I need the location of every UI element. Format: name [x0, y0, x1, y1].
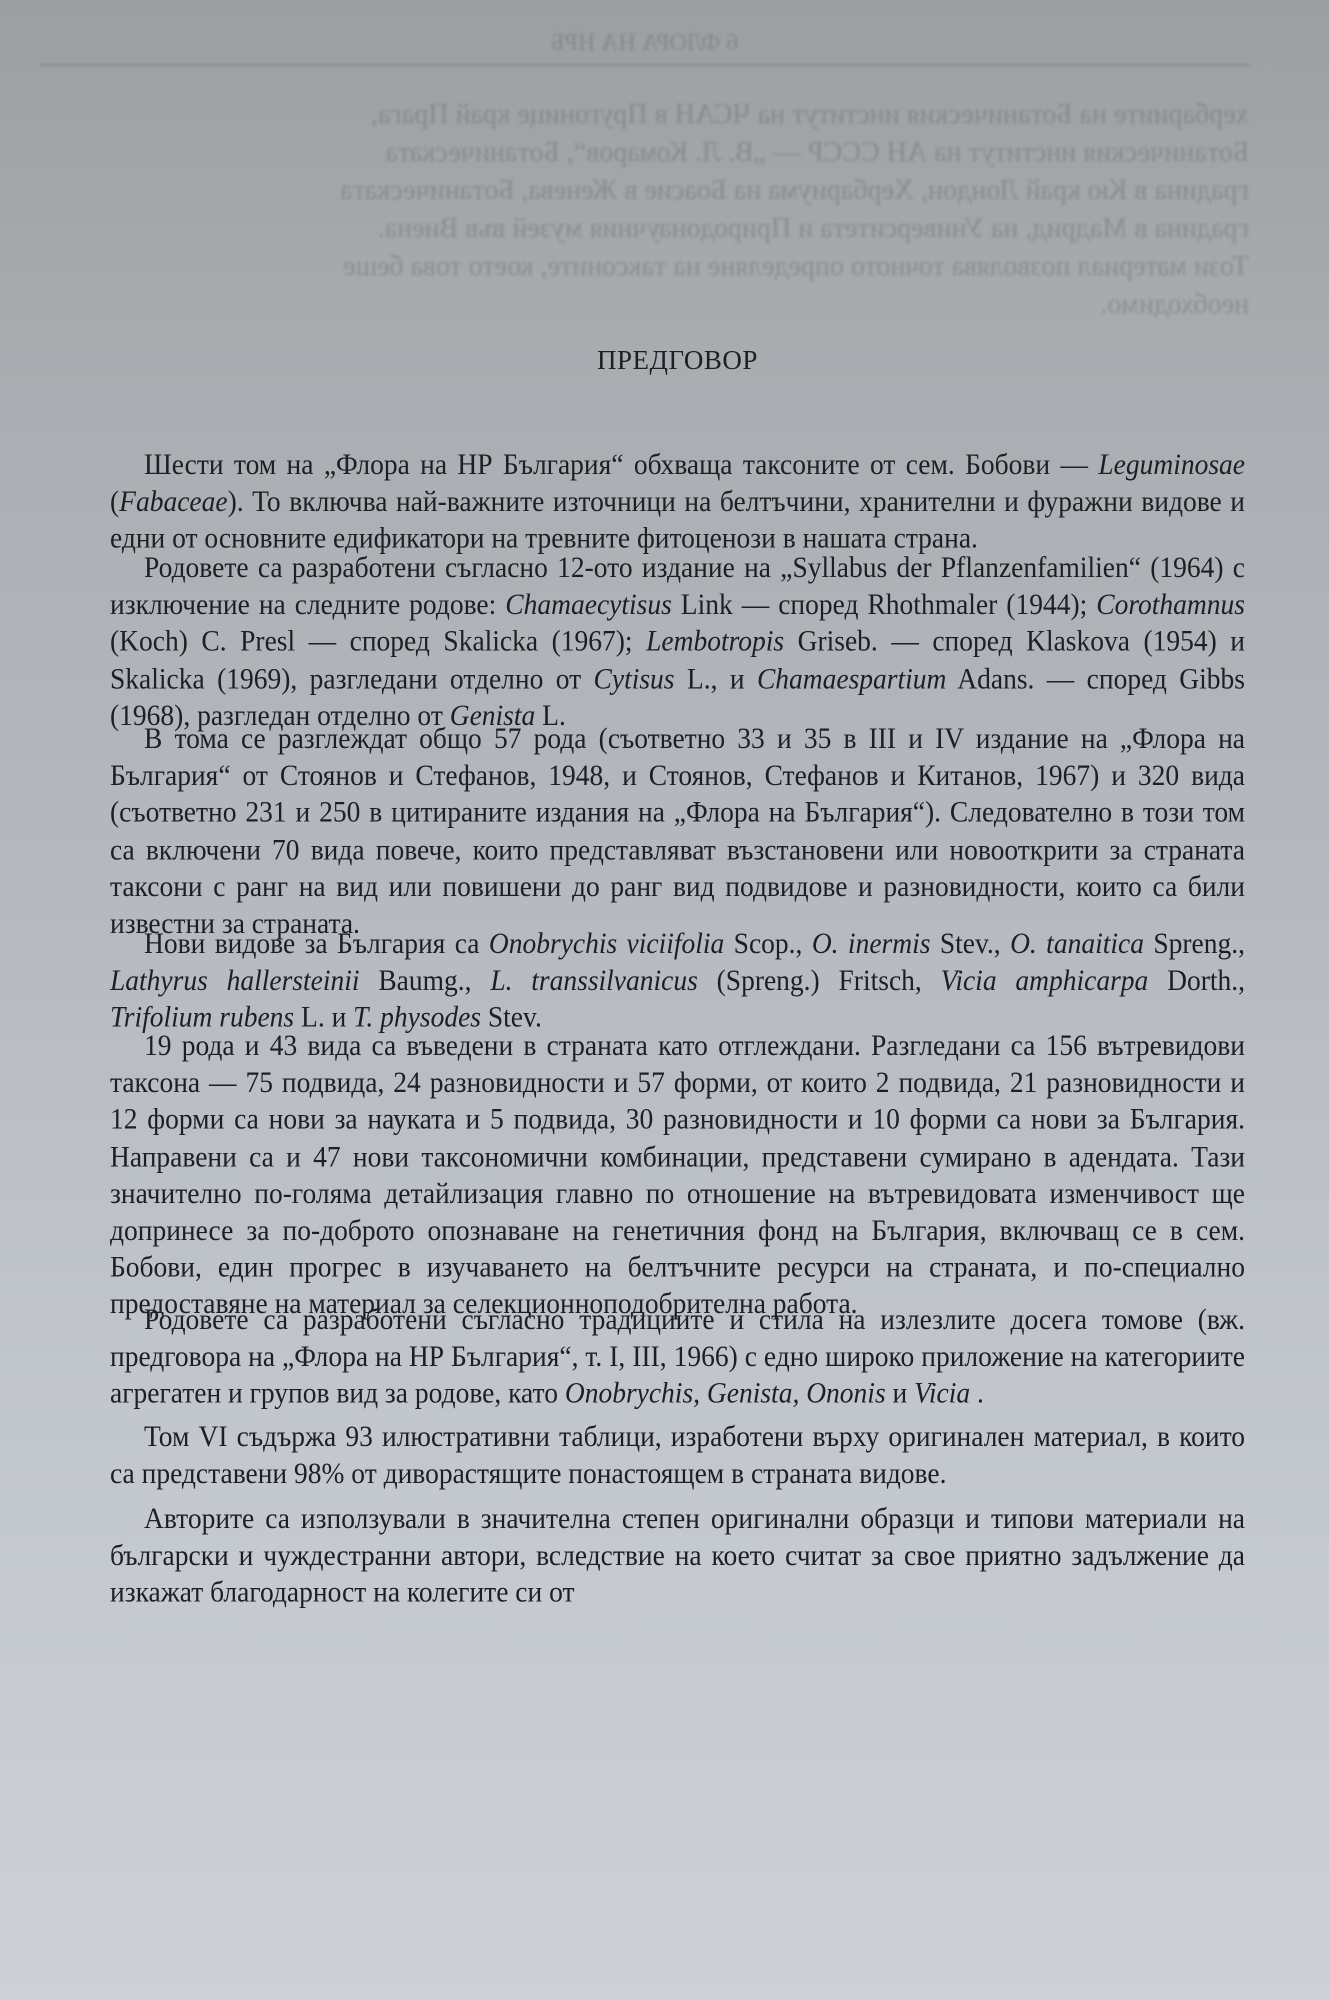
bleed-line: градина в Мадрид, на Университета и Прир…: [40, 210, 1249, 248]
text-run: Link — според Rhothmaler (1944);: [672, 587, 1096, 620]
text-run: Stev.,: [930, 926, 1010, 959]
taxon-name: O. tanaitica: [1010, 926, 1144, 959]
taxon-name: L. transsilvanicus: [490, 963, 698, 996]
text-run: Нови видове за България са: [144, 926, 489, 959]
bleed-line: необходимо.: [40, 286, 1249, 324]
bleed-line: Ботаническия институт на АН СССР — „В. Л…: [40, 134, 1249, 172]
taxon-name: O. inermis: [812, 926, 931, 959]
text-run: (Spreng.) Fritsch,: [698, 963, 941, 996]
paragraph: В тома се разглеждат общо 57 рода (съотв…: [110, 720, 1245, 942]
text-run: 19 рода и 43 вида са въведени в страната…: [110, 1029, 1245, 1321]
taxon-name: Leguminosae: [1098, 447, 1245, 480]
bleed-line: Този материал позволява точното определя…: [40, 248, 1249, 286]
taxon-name: Cytisus: [594, 661, 675, 694]
taxon-name: Corothamnus: [1096, 587, 1245, 620]
taxon-name: Onobrychis viciifolia: [489, 926, 724, 959]
text-run: Авторите са използували в значителна сте…: [110, 1501, 1245, 1608]
paragraph: Родовете са разработени съгласно традици…: [110, 1301, 1245, 1412]
text-run: Spreng.,: [1144, 926, 1245, 959]
bleed-header: 6 ФЛОРА НА НРБ: [40, 24, 1249, 64]
text-run: и: [886, 1376, 914, 1409]
text-run: Dorth.,: [1148, 963, 1245, 996]
taxon-name: Vicia: [914, 1376, 970, 1409]
taxon-name: Vicia amphicarpa: [941, 963, 1149, 996]
text-run: Baumg.,: [360, 963, 491, 996]
page-title: ПРЕДГОВОР: [110, 340, 1245, 380]
text-run: (: [110, 484, 119, 517]
bleed-through-text: 6 ФЛОРА НА НРБ хербариите на Ботанически…: [40, 0, 1249, 330]
text-run: (Koch) C. Presl — според Skalicka (1967)…: [110, 624, 646, 657]
paragraph: Том VI съдържа 93 илюстративни таблици, …: [110, 1418, 1245, 1492]
text-run: Том VI съдържа 93 илюстративни таблици, …: [110, 1419, 1245, 1489]
paragraph: Родовете са разработени съгласно 12-ото …: [110, 549, 1245, 734]
paragraph: Авторите са използували в значителна сте…: [110, 1500, 1245, 1611]
text-run: Шести том на „Флора на НР България“ обхв…: [144, 447, 1098, 480]
page-content: ПРЕДГОВОР Шести том на „Флора на НР Бълг…: [110, 340, 1245, 1603]
taxon-name: Lembotropis: [646, 624, 784, 657]
paragraph: Нови видове за България са Onobrychis vi…: [110, 925, 1245, 1036]
taxon-name: Onobrychis, Genista, Ononis: [565, 1376, 886, 1409]
text-run: ). То включва най-важните източници на б…: [110, 484, 1245, 554]
text-run: В тома се разглеждат общо 57 рода (съотв…: [110, 721, 1245, 939]
text-run: L., и: [675, 661, 757, 694]
preface-body: Шести том на „Флора на НР България“ обхв…: [110, 446, 1245, 1603]
text-run: .: [970, 1376, 984, 1409]
taxon-name: Chamaespartium: [757, 661, 946, 694]
taxon-name: Lathyrus hallersteinii: [110, 963, 360, 996]
taxon-name: Chamaecytisus: [505, 587, 672, 620]
paragraph: Шести том на „Флора на НР България“ обхв…: [110, 446, 1245, 557]
bleed-line: градина в Кю край Лондон, Хербариума на …: [40, 172, 1249, 210]
paragraph: 19 рода и 43 вида са въведени в страната…: [110, 1027, 1245, 1323]
bleed-rule: [40, 64, 1249, 66]
bleed-line: хербариите на Ботаническия институт на Ч…: [40, 96, 1249, 134]
text-run: Scop.,: [724, 926, 812, 959]
taxon-name: Fabaceae: [119, 484, 227, 517]
